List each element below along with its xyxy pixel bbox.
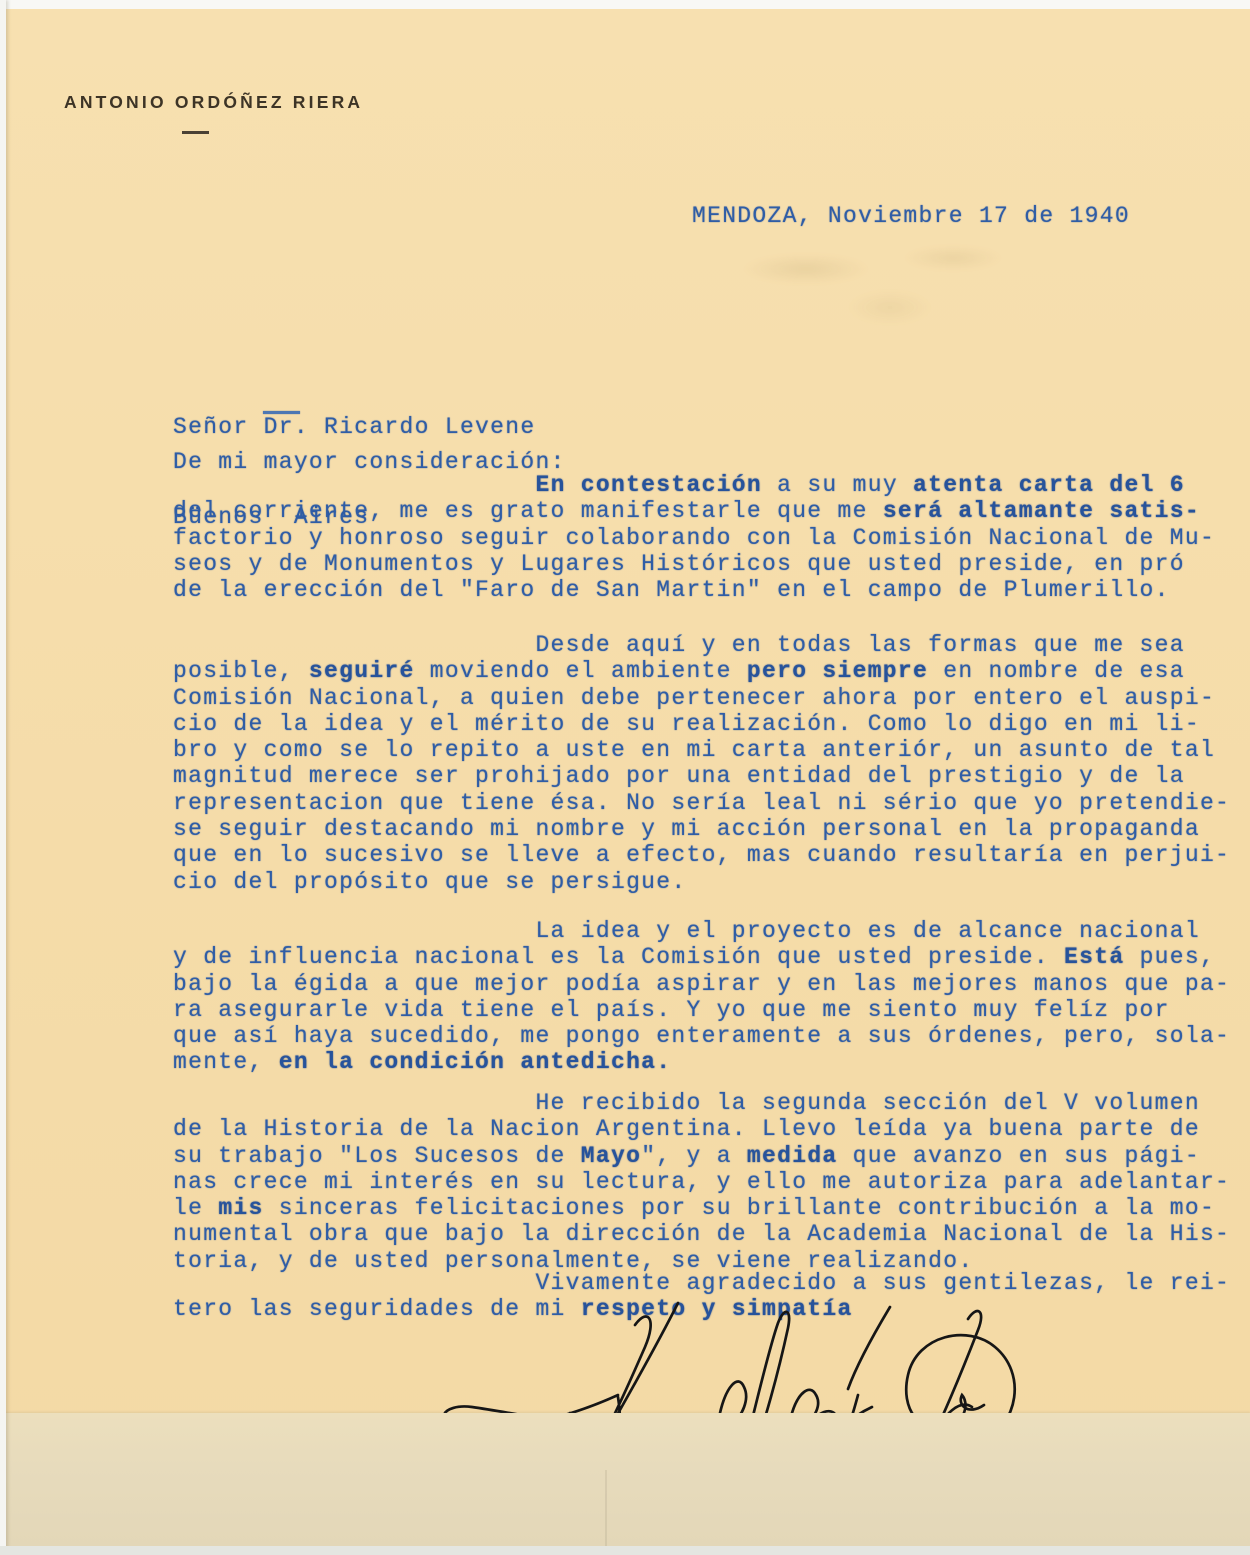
typewritten-line: de la erección del "Faro de San Martin" … <box>173 577 1215 603</box>
typewritten-line: del corriente, me es grato manifestarle … <box>173 498 1215 524</box>
letter-page: ANTONIO ORDÓÑEZ RIERA MENDOZA, Noviembre… <box>0 0 1250 1555</box>
scan-edge-top <box>0 0 1250 9</box>
typewritten-line: Desde aquí y en todas las formas que me … <box>173 632 1230 658</box>
typewritten-line: que en lo sucesivo se lleve a efecto, ma… <box>173 842 1230 868</box>
typewritten-line: He recibido la segunda sección del V vol… <box>173 1090 1230 1116</box>
typewritten-line: ra asegurarle vida tiene el país. Y yo q… <box>173 997 1230 1023</box>
typewritten-line: bro y como se lo repito a uste en mi car… <box>173 737 1230 763</box>
typewritten-line: La idea y el proyecto es de alcance naci… <box>173 918 1230 944</box>
paper-fold-band <box>0 1413 1250 1546</box>
typewritten-line: se seguir destacando mi nombre y mi acci… <box>173 816 1230 842</box>
typewritten-line: que así haya sucedido, me pongo enterame… <box>173 1023 1230 1049</box>
typewritten-line: representacion que tiene ésa. No sería l… <box>173 790 1230 816</box>
typewritten-line: de la Historia de la Nacion Argentina. L… <box>173 1116 1230 1142</box>
typewritten-line: Comisión Nacional, a quien debe pertenec… <box>173 685 1230 711</box>
scan-edge-bottom <box>0 1546 1250 1555</box>
paragraph: He recibido la segunda sección del V vol… <box>173 1090 1230 1274</box>
paragraph: En contestación a su muy atenta carta de… <box>173 472 1215 603</box>
paragraph: La idea y el proyecto es de alcance naci… <box>173 918 1230 1076</box>
typewritten-line: Vivamente agradecido a sus gentilezas, l… <box>173 1270 1230 1296</box>
paper-crease <box>605 1470 607 1555</box>
typewritten-line: bajo la égida a que mejor podía aspirar … <box>173 971 1230 997</box>
typewritten-line: factorio y honroso seguir colaborando co… <box>173 525 1215 551</box>
typewritten-line: su trabajo "Los Sucesos de Mayo", y a me… <box>173 1143 1230 1169</box>
paragraph: Desde aquí y en todas las formas que me … <box>173 632 1230 895</box>
scan-edge-left <box>0 0 6 1555</box>
typewritten-line: posible, seguiré moviendo el ambiente pe… <box>173 658 1230 684</box>
typewritten-line: y de influencia nacional es la Comisión … <box>173 944 1230 970</box>
typewritten-line: le mis sinceras felicitaciones por su br… <box>173 1195 1230 1221</box>
typewritten-line: cio de la idea y el mérito de su realiza… <box>173 711 1230 737</box>
typewritten-line: mente, en la condición antedicha. <box>173 1049 1230 1075</box>
typewritten-line: numental obra que bajo la dirección de l… <box>173 1221 1230 1247</box>
typewritten-line: nas crece mi interés en su lectura, y el… <box>173 1169 1230 1195</box>
typewritten-line: cio del propósito que se persigue. <box>173 869 1230 895</box>
typewritten-line: En contestación a su muy atenta carta de… <box>173 472 1215 498</box>
typewritten-line: magnitud merece ser prohijado por una en… <box>173 763 1230 789</box>
typewritten-line: seos y de Monumentos y Lugares Histórico… <box>173 551 1215 577</box>
